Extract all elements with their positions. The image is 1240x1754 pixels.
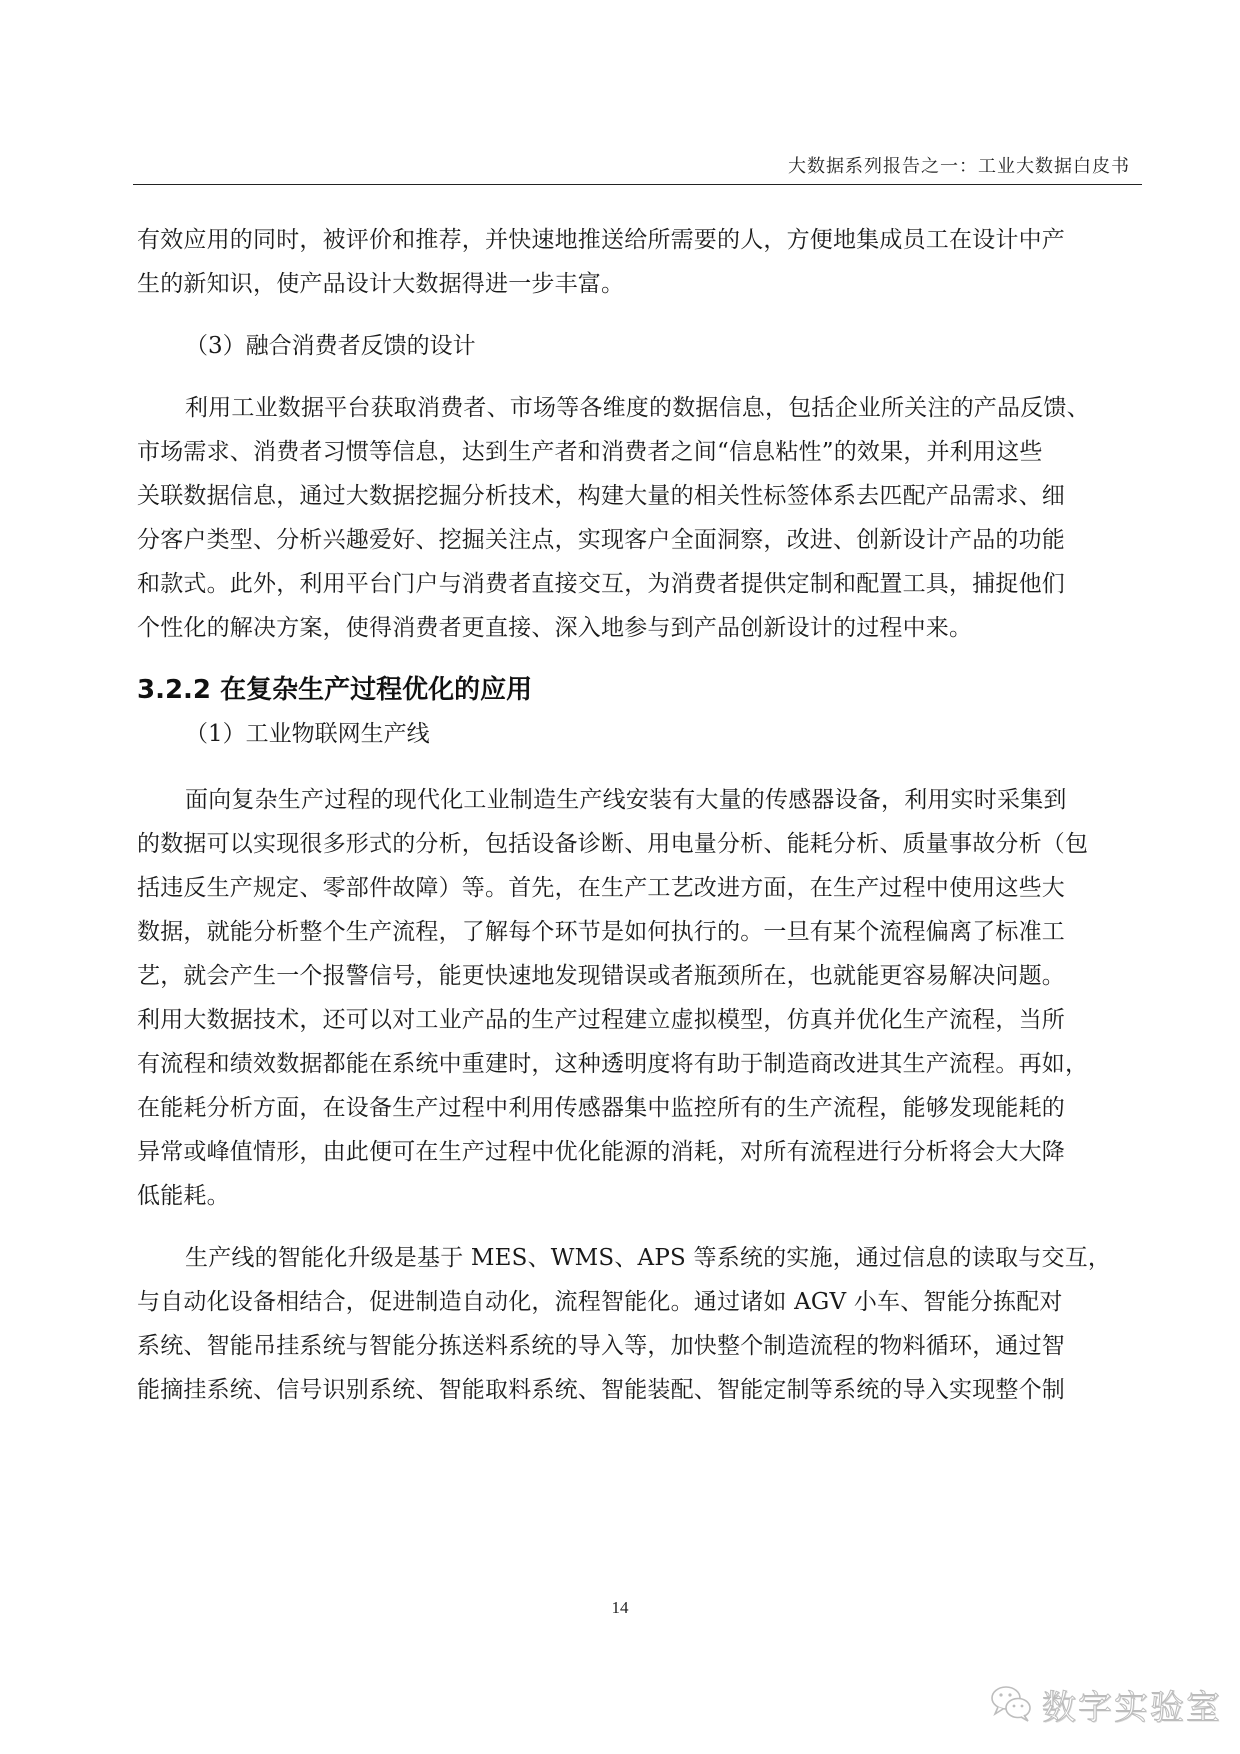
text-line: 与自动化设备相结合，促进制造自动化，流程智能化。通过诸如 AGV 小车、智能分拣… [137,1280,1127,1324]
text-line: 数据，就能分析整个生产流程，了解每个环节是如何执行的。一旦有某个流程偏离了标准工 [137,910,1127,954]
header-title: 大数据系列报告之一：工业大数据白皮书 [788,152,1130,178]
paragraph-production-process: 面向复杂生产过程的现代化工业制造生产线安装有大量的传感器设备，利用实时采集到 的… [137,778,1127,1218]
text-line: 艺，就会产生一个报警信号，能更快速地发现错误或者瓶颈所在，也就能更容易解决问题。 [137,954,1127,998]
text-line: 生的新知识，使产品设计大数据得进一步丰富。 [137,262,1127,306]
text-line: 市场需求、消费者习惯等信息，达到生产者和消费者之间“信息粘性”的效果，并利用这些 [137,430,1127,474]
text-line: 关联数据信息，通过大数据挖掘分析技术，构建大量的相关性标签体系去匹配产品需求、细 [137,474,1127,518]
subheading-iot-production-line: （1）工业物联网生产线 [137,712,1127,756]
text-line: 生产线的智能化升级是基于 MES、WMS、APS 等系统的实施，通过信息的读取与… [137,1236,1127,1280]
text-line: 能摘挂系统、信号识别系统、智能取料系统、智能装配、智能定制等系统的导入实现整个制 [137,1368,1127,1412]
paragraph-consumer-feedback: 利用工业数据平台获取消费者、市场等各维度的数据信息，包括企业所关注的产品反馈、 … [137,386,1127,650]
page-number: 14 [0,1598,1240,1618]
text-line: 面向复杂生产过程的现代化工业制造生产线安装有大量的传感器设备，利用实时采集到 [137,778,1127,822]
watermark: 数字实验室 [990,1680,1222,1729]
watermark-text: 数字实验室 [1042,1680,1222,1729]
section-heading-3-2-2: 3.2.2 在复杂生产过程优化的应用 [137,668,1127,712]
paragraph-design-knowledge: 有效应用的同时，被评价和推荐，并快速地推送给所需要的人，方便地集成员工在设计中产… [137,218,1127,306]
page-header: 大数据系列报告之一：工业大数据白皮书 [133,150,1142,185]
text-line: 的数据可以实现很多形式的分析，包括设备诊断、用电量分析、能耗分析、质量事故分析（… [137,822,1127,866]
text-line: 和款式。此外，利用平台门户与消费者直接交互，为消费者提供定制和配置工具，捕捉他们 [137,562,1127,606]
text-line: 有流程和绩效数据都能在系统中重建时，这种透明度将有助于制造商改进其生产流程。再如… [137,1042,1127,1086]
wechat-icon [990,1683,1034,1727]
text-line: 利用工业数据平台获取消费者、市场等各维度的数据信息，包括企业所关注的产品反馈、 [137,386,1127,430]
text-line: 分客户类型、分析兴趣爱好、挖掘关注点，实现客户全面洞察，改进、创新设计产品的功能 [137,518,1127,562]
text-line: 在能耗分析方面，在设备生产过程中利用传感器集中监控所有的生产流程，能够发现能耗的 [137,1086,1127,1130]
text-line: 低能耗。 [137,1174,1127,1218]
text-line: 有效应用的同时，被评价和推荐，并快速地推送给所需要的人，方便地集成员工在设计中产 [137,218,1127,262]
text-line: 个性化的解决方案，使得消费者更直接、深入地参与到产品创新设计的过程中来。 [137,606,1127,650]
subheading-consumer-feedback-design: （3）融合消费者反馈的设计 [137,324,1127,368]
page-content: 有效应用的同时，被评价和推荐，并快速地推送给所需要的人，方便地集成员工在设计中产… [137,218,1127,1412]
text-line: 利用大数据技术，还可以对工业产品的生产过程建立虚拟模型，仿真并优化生产流程，当所 [137,998,1127,1042]
text-line: 括违反生产规定、零部件故障）等。首先，在生产工艺改进方面，在生产过程中使用这些大 [137,866,1127,910]
paragraph-smart-upgrade: 生产线的智能化升级是基于 MES、WMS、APS 等系统的实施，通过信息的读取与… [137,1236,1127,1412]
text-line: 系统、智能吊挂系统与智能分拣送料系统的导入等，加快整个制造流程的物料循环，通过智 [137,1324,1127,1368]
text-line: 异常或峰值情形，由此便可在生产过程中优化能源的消耗，对所有流程进行分析将会大大降 [137,1130,1127,1174]
